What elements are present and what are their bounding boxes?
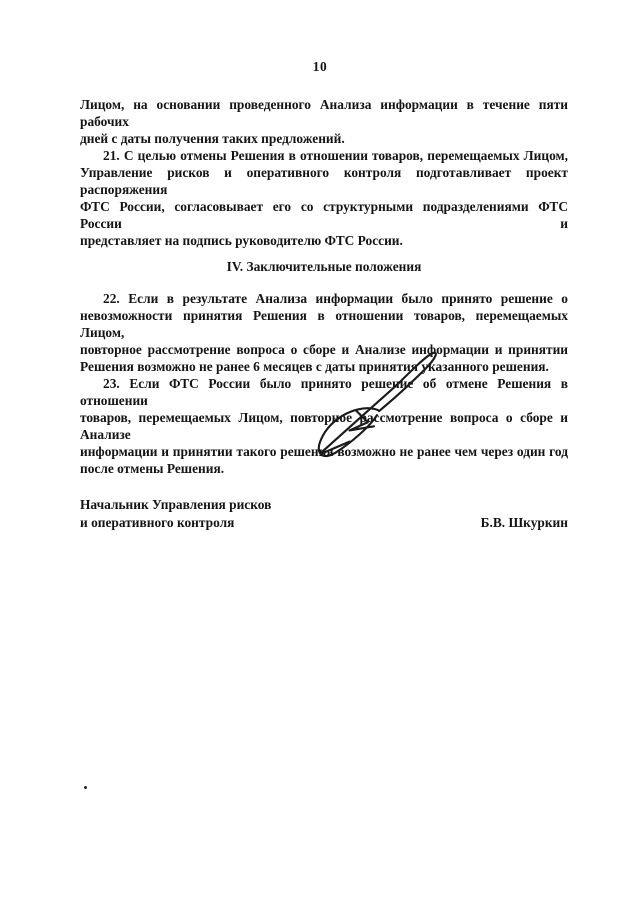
scanned-document-page: 10 Лицом, на основании проведенного Анал… — [0, 0, 640, 905]
text-line: Управление рисков и оперативного контрол… — [80, 164, 568, 198]
text-line: дней с даты получения таких предложений. — [80, 130, 568, 147]
text-line: ФТС России, согласовывает его со структу… — [80, 198, 568, 232]
document-body: Лицом, на основании проведенного Анализа… — [80, 96, 568, 531]
handwritten-signature — [314, 349, 442, 463]
signer-name: Б.В. Шкуркин — [481, 514, 568, 532]
signer-title-line: Начальник Управления рисков — [80, 496, 271, 514]
paragraph-continuation: Лицом, на основании проведенного Анализа… — [80, 96, 568, 147]
text-line: представляет на подпись руководителю ФТС… — [80, 232, 568, 249]
text-line: 22. Если в результате Анализа информации… — [80, 290, 568, 307]
signer-title-line: и оперативного контроля — [80, 514, 271, 532]
text-line: 21. С целью отмены Решения в отношении т… — [80, 147, 568, 164]
page-number: 10 — [0, 59, 640, 75]
scan-artifact-dot — [84, 786, 87, 789]
section-heading: IV. Заключительные положения — [80, 258, 568, 275]
signer-title: Начальник Управления рисков и оперативно… — [80, 496, 271, 531]
signature-block: Начальник Управления рисков и оперативно… — [80, 496, 568, 531]
text-line: невозможности принятия Решения в отношен… — [80, 307, 568, 341]
paragraph-21: 21. С целью отмены Решения в отношении т… — [80, 147, 568, 249]
text-line: Лицом, на основании проведенного Анализа… — [80, 96, 568, 130]
